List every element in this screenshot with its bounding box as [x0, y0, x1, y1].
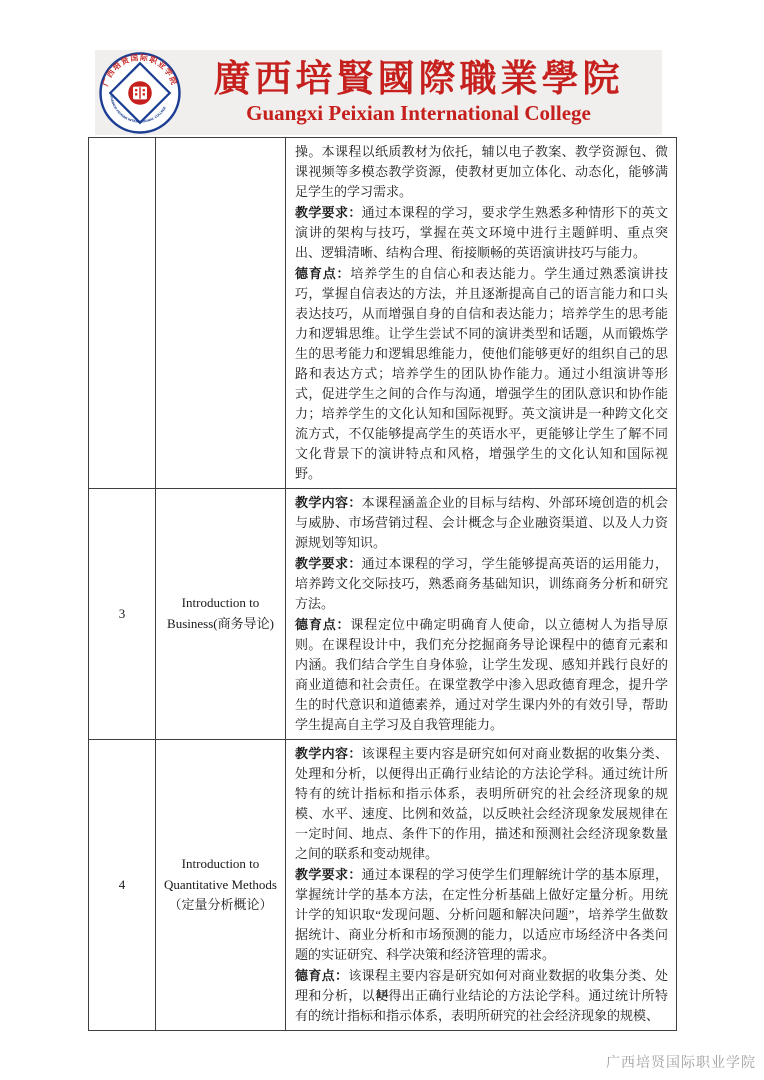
section-text: 该课程主要内容是研究如何对商业数据的收集分类、处理和分析，以便得出正确行业结论的…: [295, 746, 668, 861]
course-paragraph: 教学内容：本课程涵盖企业的目标与结构、外部环境创造的机会与威胁、市场营销过程、会…: [295, 493, 668, 553]
section-label: 德育点：: [295, 617, 350, 632]
college-header: 广西培贤国际职业学院 GUANGXI PEIXIAN INTERNATIONAL…: [95, 50, 662, 135]
course-paragraph: 教学要求：通过本课程的学习使学生们理解统计学的基本原理，掌握统计学的基本方法，在…: [295, 865, 668, 965]
course-paragraph: 德育点：培养学生的自信心和表达能力。学生通过熟悉演讲技巧，掌握自信表达的方法，并…: [295, 264, 668, 484]
section-label: 教学内容：: [295, 495, 362, 510]
college-name-en: Guangxi Peixian International College: [181, 102, 656, 124]
document-page: 广西培贤国际职业学院 GUANGXI PEIXIAN INTERNATIONAL…: [0, 0, 764, 1080]
course-name-cell: Introduction to Business(商务导论): [156, 489, 286, 740]
section-label: 教学要求：: [295, 867, 362, 882]
course-paragraph: 教学要求：通过本课程的学习，学生能够提高英语的运用能力，培养跨文化交际技巧，熟悉…: [295, 554, 668, 614]
section-text: 培养学生的自信心和表达能力。学生通过熟悉演讲技巧，掌握自信表达的方法，并且逐渐提…: [295, 266, 668, 481]
table-row: 3 Introduction to Business(商务导论) 教学内容：本课…: [89, 489, 677, 740]
table-row: 操。本课程以纸质教材为依托，辅以电子教案、教学资源包、微课视频等多模态教学资源，…: [89, 138, 677, 489]
section-label: 德育点：: [295, 968, 348, 983]
course-number-cell: [89, 138, 156, 489]
watermark-text: 广西培贤国际职业学院: [606, 1052, 756, 1072]
course-detail-cell: 教学内容：本课程涵盖企业的目标与结构、外部环境创造的机会与威胁、市场营销过程、会…: [286, 489, 677, 740]
section-label: 教学要求：: [295, 205, 362, 220]
college-name-zh: 廣西培賢國際職業學院: [181, 61, 656, 100]
section-label: 教学要求：: [295, 556, 362, 571]
course-paragraph: 操。本课程以纸质教材为依托，辅以电子教案、教学资源包、微课视频等多模态教学资源，…: [295, 142, 668, 202]
page-number: 14: [0, 987, 764, 1001]
course-detail-cell: 操。本课程以纸质教材为依托，辅以电子教案、教学资源包、微课视频等多模态教学资源，…: [286, 138, 677, 489]
section-label: 德育点：: [295, 266, 350, 281]
course-paragraph: 教学要求：通过本课程的学习，要求学生熟悉多种情形下的英文演讲的架构与技巧，掌握在…: [295, 203, 668, 263]
courses-table: 操。本课程以纸质教材为依托，辅以电子教案、教学资源包、微课视频等多模态教学资源，…: [88, 137, 677, 1031]
course-number-cell: 3: [89, 489, 156, 740]
college-title-block: 廣西培賢國際職業學院 Guangxi Peixian International…: [181, 61, 662, 124]
section-text: 操。本课程以纸质教材为依托，辅以电子教案、教学资源包、微课视频等多模态教学资源，…: [295, 144, 668, 199]
course-paragraph: 德育点：课程定位中确定明确育人使命，以立德树人为指导原则。在课程设计中，我们充分…: [295, 615, 668, 735]
section-label: 教学内容：: [295, 746, 362, 761]
section-text: 课程定位中确定明确育人使命，以立德树人为指导原则。在课程设计中，我们充分挖掘商务…: [295, 617, 668, 732]
course-name-cell: [156, 138, 286, 489]
college-logo-icon: 广西培贤国际职业学院 GUANGXI PEIXIAN INTERNATIONAL…: [99, 52, 181, 134]
course-paragraph: 教学内容：该课程主要内容是研究如何对商业数据的收集分类、处理和分析，以便得出正确…: [295, 744, 668, 864]
